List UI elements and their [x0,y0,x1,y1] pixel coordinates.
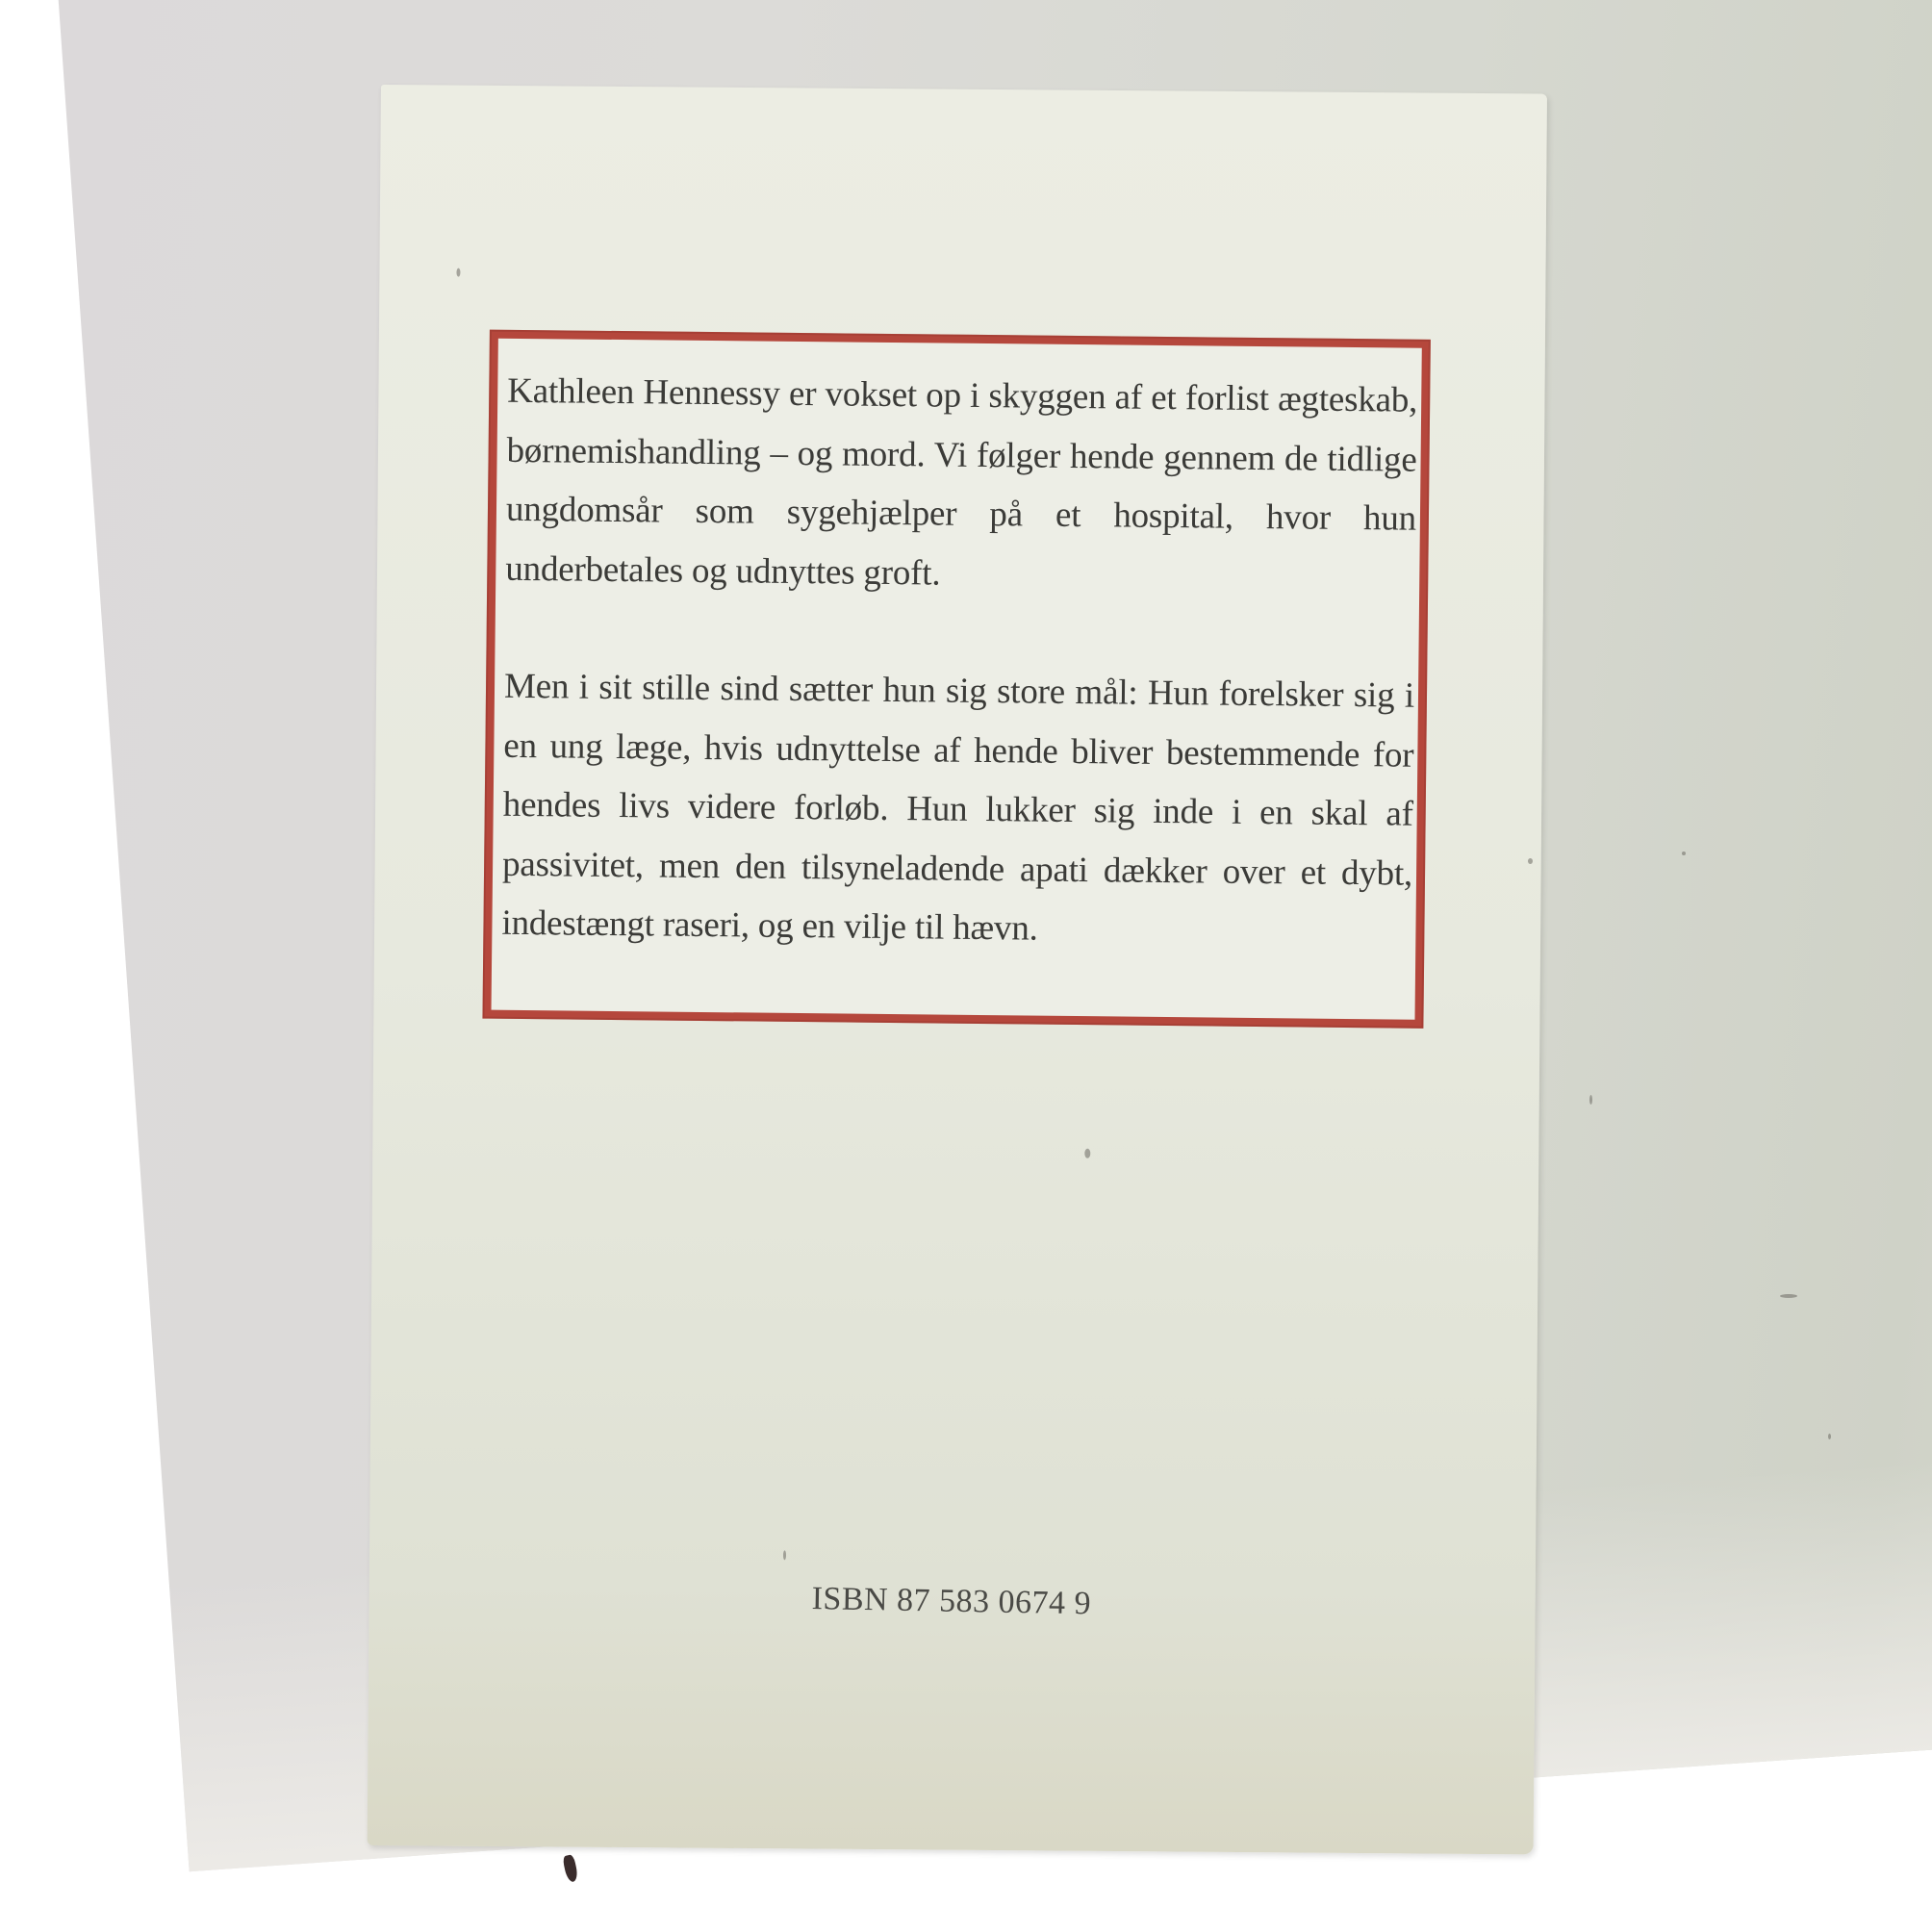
blurb-paragraph-1: Kathleen Hennessy er vokset op i skyggen… [505,362,1418,608]
dust-speck [1084,1149,1090,1158]
blurb-paragraph-2: Men i sit stille sind sætter hun sig sto… [501,657,1414,962]
dust-speck [1828,1434,1831,1439]
blurb-box: Kathleen Hennessy er vokset op i skyggen… [482,330,1430,1029]
dust-speck [456,268,460,277]
photo-scene: Kathleen Hennessy er vokset op i skyggen… [0,0,1932,1932]
book-back-cover: Kathleen Hennessy er vokset op i skyggen… [368,85,1547,1854]
blurb-text: Kathleen Hennessy er vokset op i skyggen… [501,362,1417,962]
dust-speck [783,1550,786,1560]
dust-speck [1589,1095,1592,1105]
isbn-label: ISBN 87 583 0674 9 [811,1581,1091,1622]
dust-speck [1780,1294,1797,1298]
dust-speck [1682,852,1686,855]
tear-mark [562,1854,579,1883]
dust-speck [1528,858,1533,864]
